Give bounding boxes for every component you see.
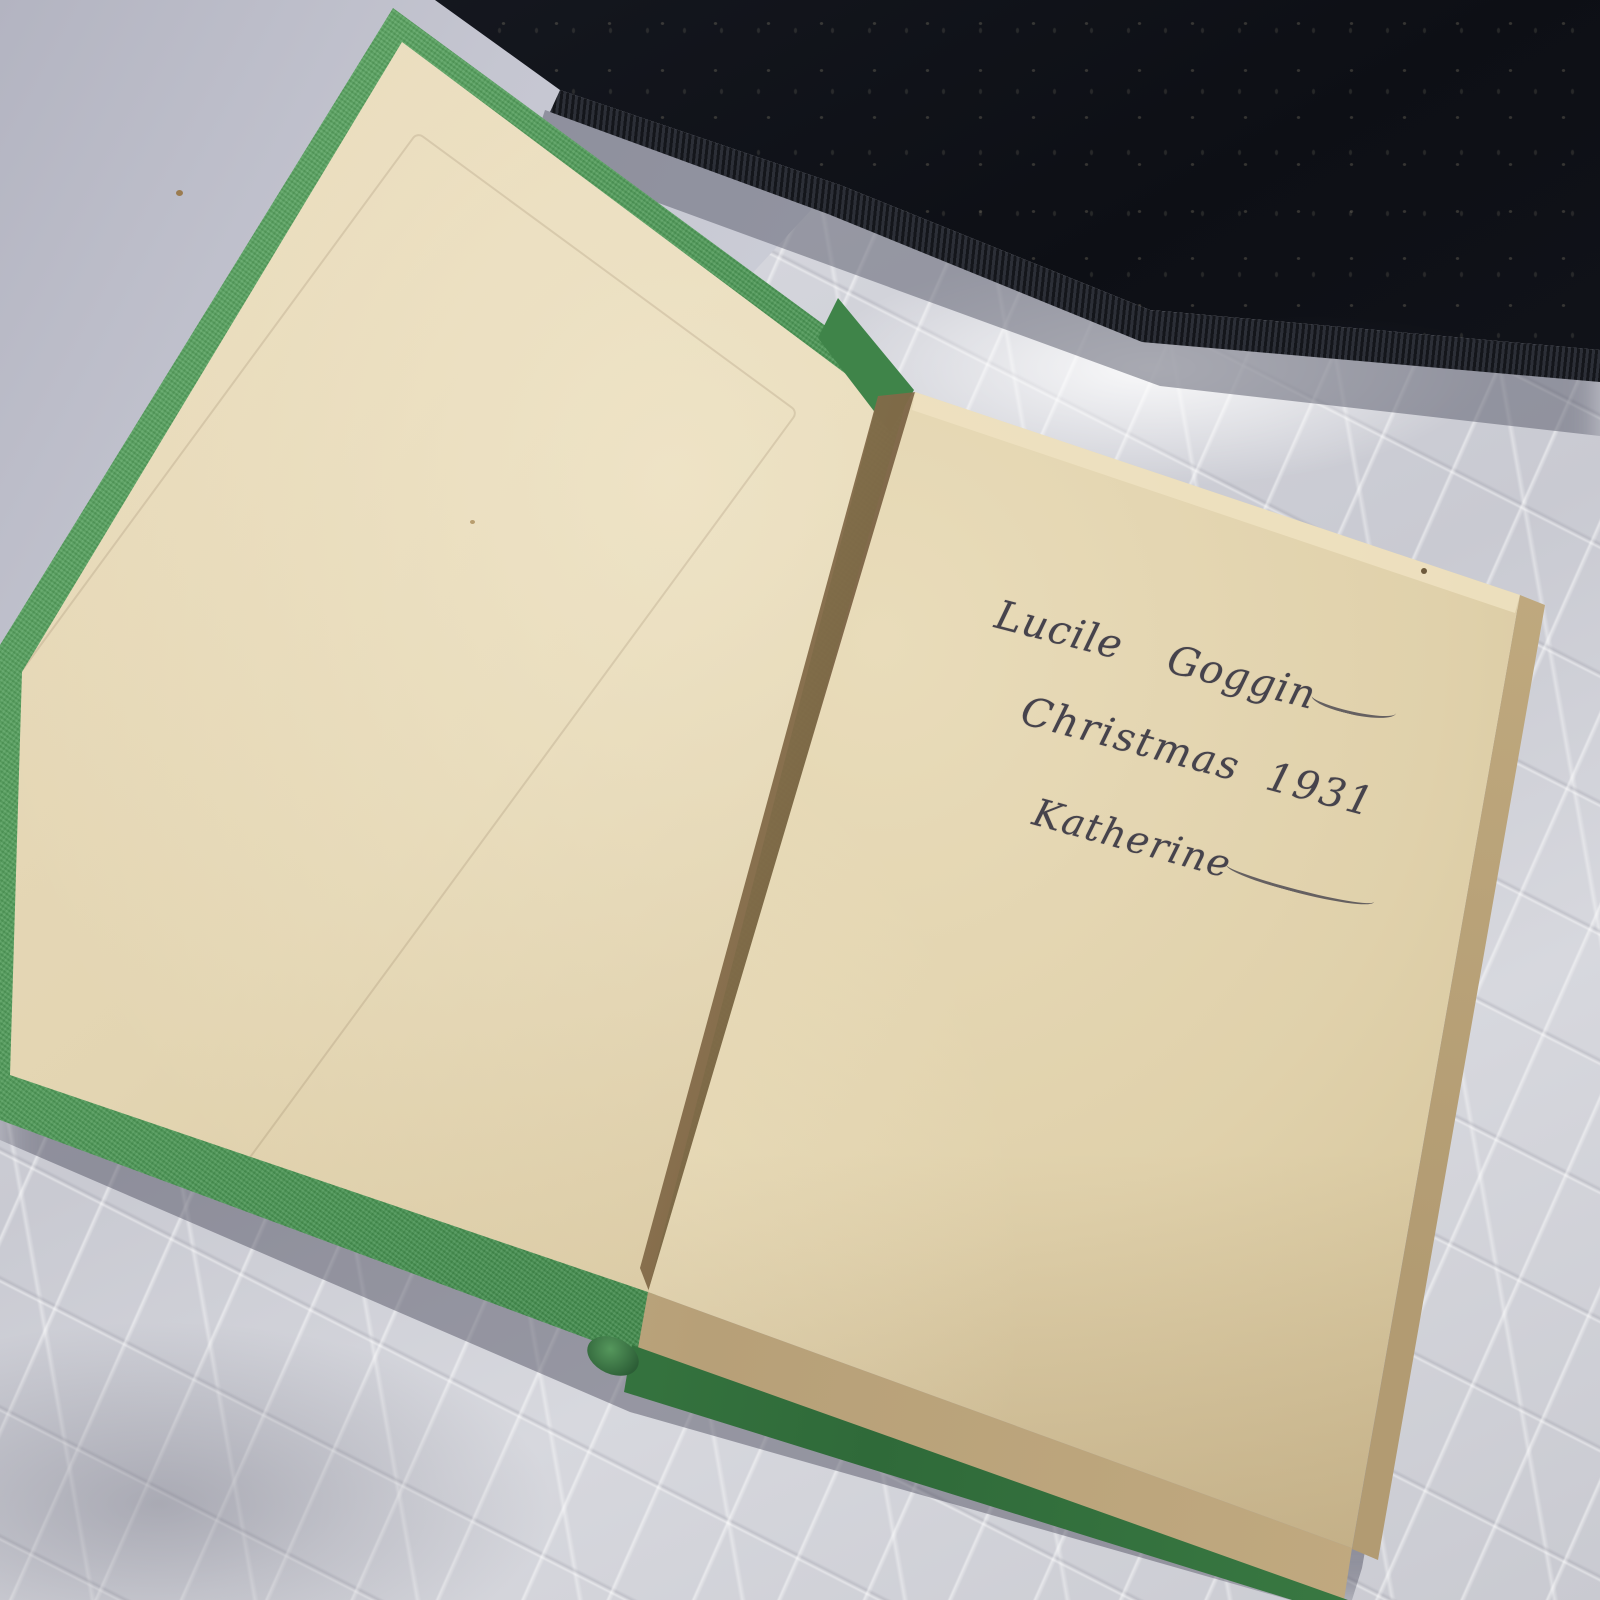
pen-flourish <box>1225 853 1377 913</box>
pen-flourish <box>1309 683 1398 725</box>
dust-speck <box>176 190 183 196</box>
inscription-signature-text: Katherine <box>1028 790 1236 887</box>
dust-speck <box>470 520 475 524</box>
photo-canvas: Lucile Goggin Christmas 1931 Katherine <box>0 0 1600 1600</box>
dust-speck <box>1421 568 1427 574</box>
